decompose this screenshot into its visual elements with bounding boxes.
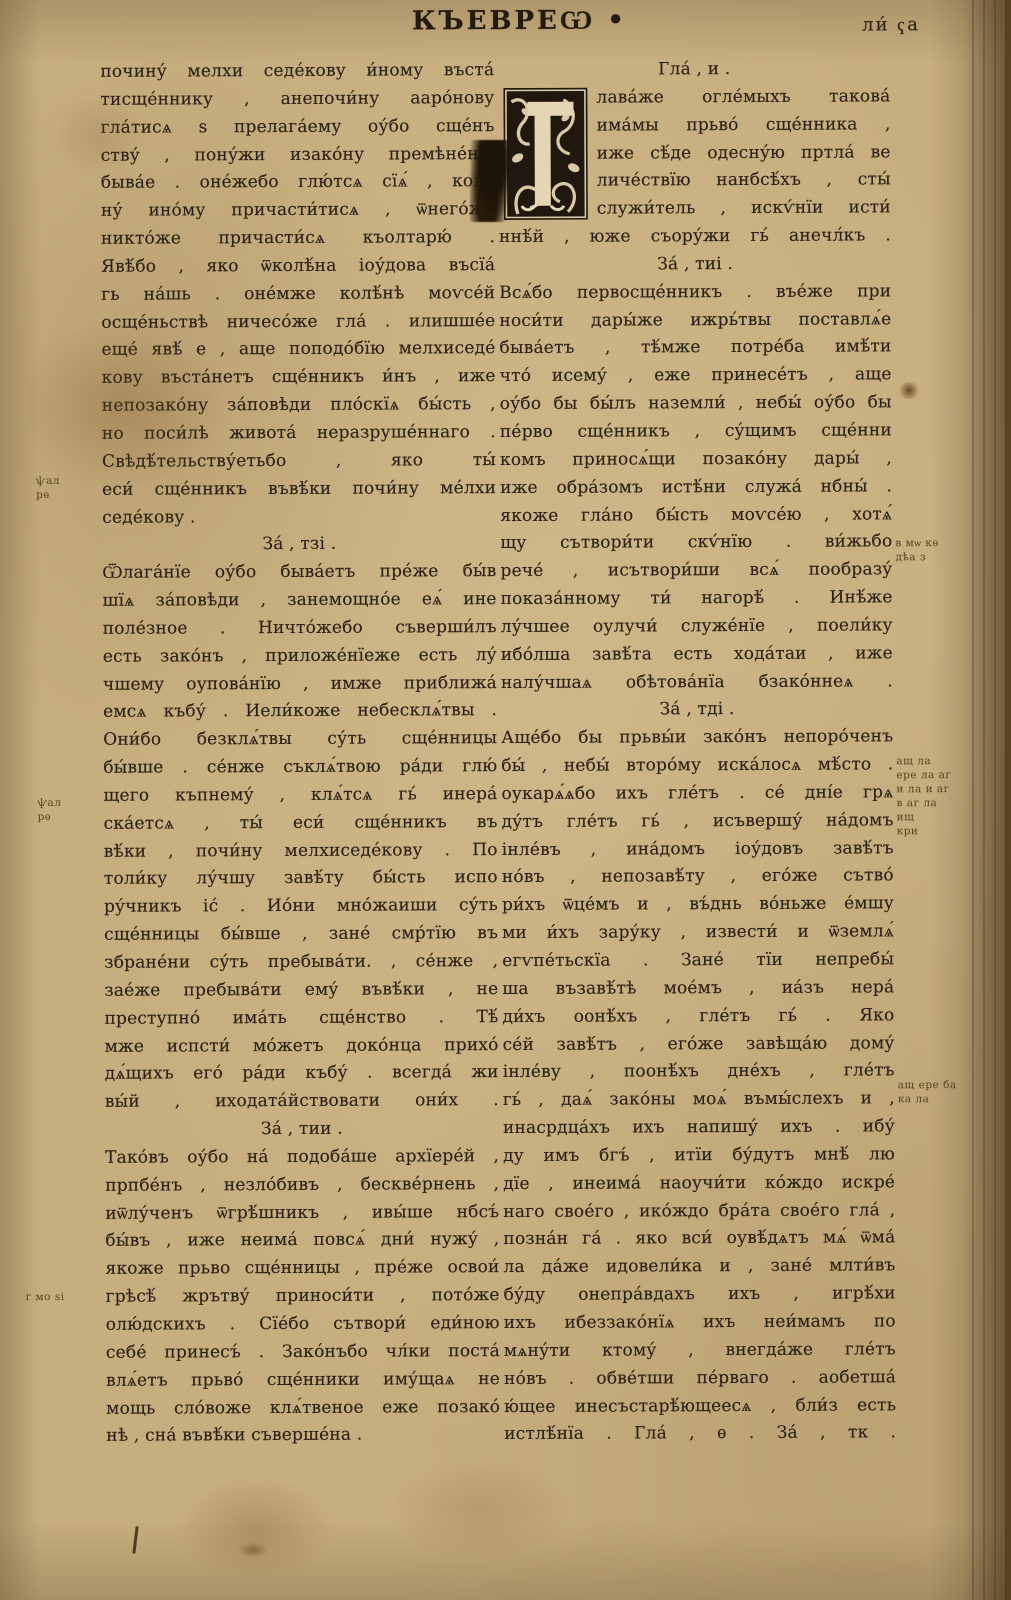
text-line: сще́нницы бы́вше , зане́ смр́тїю въ bbox=[104, 920, 498, 950]
margin-note-line: и ла и аг bbox=[896, 782, 951, 796]
text-line: Гла́ , и . bbox=[498, 55, 890, 85]
margin-note-line: в мѡ кѳ bbox=[895, 536, 938, 550]
text-line: Они́бо безклѧ́твы су́ть сще́нницы bbox=[103, 725, 497, 755]
margin-note-line: в аг ла bbox=[896, 796, 951, 810]
text-line: Явѣ́бо , яко ѿколѣ́на іоу́дова въсїа́ bbox=[101, 252, 495, 282]
text-line: иѿлу́ченъ ѿгрѣ́шникъ , ивы́ше нбсъ́ bbox=[105, 1199, 499, 1229]
text-line: гла́тисѧ ѕ прелага́ему оу́бо сще́нъ bbox=[100, 113, 494, 143]
text-line: Тако́въ оу́бо на́ подоба́ше архїере́й , bbox=[105, 1143, 499, 1173]
text-line: ству́ , пону́жи изако́ну премѣне́нїе bbox=[101, 141, 495, 171]
text-line: якоже гла́но бы́сть моѵсе́ю , хотѧ́ bbox=[500, 501, 892, 531]
text-line: поле́зное . Ничто́жебо съверши́лъ bbox=[103, 614, 497, 644]
margin-note-line: ере ла аг bbox=[896, 768, 951, 782]
text-line: ихъ ибеззако́нїѧ ихъ неи́мамъ по bbox=[504, 1308, 896, 1338]
text-line: збране́ни су́ть пребыва́ти. , се́нже , bbox=[104, 948, 498, 978]
text-line: ди́хъ оонѣ́хъ , гле́тъ гь́ . Яко bbox=[502, 1002, 894, 1032]
text-line: ду имъ бгъ́ , итїи бу́дутъ мнѣ́ лю bbox=[503, 1141, 895, 1171]
text-line: ри́хъ ѿце́мъ и , въ́днь во́ньже е́мшу bbox=[502, 891, 894, 921]
text-line: лу́чшее оулучи́ служе́нїе , поели́ку bbox=[501, 612, 893, 642]
text-line: егѵпе́тьскїа . Зане́ тїи непребы́ bbox=[502, 946, 894, 976]
text-line: інле́ву , поонѣ́хъ дне́хъ , гле́тъ bbox=[503, 1058, 895, 1088]
text-line: грѣсѣ́ жрътву́ приноси́ти , пото́же bbox=[106, 1282, 500, 1312]
text-line: якоже прьво сще́нницы , пре́же освои́ bbox=[105, 1254, 499, 1284]
text-line: мѧну́ти ктому́ , внегда́же гле́тъ bbox=[504, 1336, 896, 1366]
text-line: бу́ду онепра́вдахъ ихъ , игрѣ́хи bbox=[504, 1280, 896, 1310]
text-line: дїе , инеима́ наоучи́ти ко́ждо искре́ bbox=[503, 1169, 895, 1199]
text-line: носи́ти дары́же ижрь́твы поставлѧ́е bbox=[499, 306, 891, 336]
text-line: но́въ , непозавѣ́ту , его́же сътво́ bbox=[502, 863, 894, 893]
text-line: ну́ ино́му причасти́тисѧ , ѿнего́же bbox=[101, 196, 495, 226]
margin-note-line: ищ bbox=[897, 810, 952, 824]
running-header: КЪЕВРЕѠ • bbox=[412, 5, 627, 36]
text-line: позна́н га́ . яко вси́ оувѣ́дѧтъ мѧ́ ѿма… bbox=[503, 1225, 895, 1255]
text-line: ла да́же идовели́ка и , зане́ млти́въ bbox=[503, 1253, 895, 1283]
margin-note-line: ащ ере ба bbox=[898, 1078, 957, 1092]
text-line: щего къпнему́ , клѧ́тсѧ гь́ инера́ bbox=[103, 781, 497, 811]
text-line: преступно́ има́ть сще́нство . Тѣ́ bbox=[104, 1004, 498, 1034]
text-line: но поси́лѣ живота́ неразруше́ннаго . bbox=[102, 419, 496, 449]
margin-note-right-exodus: в мѡ кѳдѣа з bbox=[895, 536, 938, 564]
text-column-left: почину́ мелхи седе́кову и́ному въста́тис… bbox=[100, 57, 500, 1451]
text-line: За́ , тді . bbox=[501, 696, 893, 726]
folio-number: ли́ ҁа bbox=[862, 14, 920, 35]
text-line: рече́ , исътвори́ши всѧ́ пообразу́ bbox=[500, 557, 892, 587]
text-line: щу сътвори́ти скѵ́нїю . ви́жьбо bbox=[500, 529, 892, 559]
text-line: кову въста́нетъ сще́нникъ и́нъ , иже bbox=[102, 363, 496, 393]
margin-note-line: кри bbox=[897, 824, 952, 838]
text-line: есть зако́нъ , приложе́нїеже есть лу́ bbox=[103, 642, 497, 672]
margin-note-line: дѣа з bbox=[895, 550, 938, 564]
text-line: За́ , тзі . bbox=[102, 530, 496, 560]
margin-note-line: ащ ла bbox=[896, 754, 951, 768]
text-line: зае́же пребыва́ти ему́ въвѣ́ки , не bbox=[104, 976, 498, 1006]
text-line: гь на́шь . оне́мже колѣ́нѣ моѵсе́й bbox=[101, 280, 495, 310]
text-line: Свѣдѣ́тельству́етьбо , яко ты́ bbox=[102, 447, 496, 477]
text-line: истлѣ́нїа . Гла́ , ѳ . За́ , тк . bbox=[504, 1420, 896, 1450]
text-line: почину́ мелхи седе́кову и́ному въста́ bbox=[100, 57, 494, 87]
margin-note-line: г мо ѕі bbox=[26, 1290, 65, 1304]
text-line: За́ , тии . bbox=[105, 1115, 499, 1145]
text-line: быва́етъ , тѣ́мже потре́ба имѣ́ти bbox=[499, 334, 891, 364]
margin-note-left-moses: г мо ѕі bbox=[26, 1290, 65, 1304]
text-line: ю́щее инесъстарѣ́ющеесѧ , бли́з есть bbox=[504, 1392, 896, 1422]
text-line: Аще́бо бы прьвы́и зако́нъ непоро́ченъ bbox=[501, 724, 893, 754]
text-line: но́въ . обве́тши пе́рваго . аобетша́ bbox=[504, 1364, 896, 1394]
text-line: толи́ку лу́чшу завѣ́ту бы́сть испо bbox=[104, 865, 498, 895]
text-line: быва́е . оне́жебо глю́тсѧ сїѧ́ , колѣ́ bbox=[101, 168, 495, 198]
margin-note-left-psalm-2: ѱалрѳ bbox=[37, 796, 61, 824]
margin-note-line: ѱал bbox=[37, 796, 61, 810]
text-line: что́ исему́ , еже принесе́тъ , аще bbox=[500, 362, 892, 392]
margin-note-line: ѱал bbox=[36, 474, 60, 488]
text-line: се́й завѣ́тъ , его́же завѣща́ю дому́ bbox=[503, 1030, 895, 1060]
text-line: комъ приносѧ́щи позако́ну дары́ , bbox=[500, 445, 892, 475]
text-line: седе́кову . bbox=[102, 503, 496, 533]
text-line: шїѧ за́повѣди , занемощно́е еѧ́ ине bbox=[103, 586, 497, 616]
text-line: оукарѧ́ѧбо ихъ гле́тъ . се́ дні́е грѧ bbox=[501, 779, 893, 809]
text-line: інле́въ , ина́домъ іоу́довъ завѣ́тъ bbox=[502, 835, 894, 865]
text-line: еще́ явѣ́ е , аще поподо́бїю мелхиседе́ bbox=[101, 335, 495, 365]
ornate-initial-letter bbox=[503, 88, 588, 224]
margin-note-line: рѳ bbox=[36, 488, 60, 502]
margin-note-left-psalm: ѱалрѳ bbox=[36, 474, 60, 502]
text-line: инасрдца́хъ ихъ напишу́ ихъ . ибу́ bbox=[503, 1113, 895, 1143]
text-line: показа́нному ти́ нагорѣ́ . Инѣ́же bbox=[501, 584, 893, 614]
book-page-scan: КЪЕВРЕѠ • ли́ ҁа почину́ мелхи седе́кову… bbox=[0, 0, 1011, 1600]
text-line: бы́ , небы́ второ́му иска́лосѧ мѣ́сто . bbox=[501, 751, 893, 781]
text-line: олю́дскихъ . Сїе́бо сътвори́ еди́ною bbox=[106, 1310, 500, 1340]
margin-note-right-jeremiah: ащ лаере ла аги ла и агв аг лаищкри bbox=[896, 754, 951, 838]
text-line: налу́чшаѧ обѣтова́нїа бзако́ннеѧ . bbox=[501, 668, 893, 698]
text-line: тисще́ннику , анепочи́ну ааро́нову bbox=[100, 85, 494, 115]
text-line: Всѧ́бо первосще́нникъ . въе́же при bbox=[499, 278, 891, 308]
text-line: никто́же причасти́сѧ къолтарю́ . bbox=[101, 224, 495, 254]
page-content: КЪЕВРЕѠ • ли́ ҁа почину́ мелхи седе́кову… bbox=[0, 0, 1011, 1600]
text-line: мже испсти́ мо́жетъ доко́нца прихо́ bbox=[105, 1032, 499, 1062]
text-line: ру́чникъ іс́ . Ио́ни мно́жаиши су́ть bbox=[104, 892, 498, 922]
text-line: бы́вше . се́нже съклѧ́твою ра́ди глю́ bbox=[103, 753, 497, 783]
text-line: За́ , тиі . bbox=[499, 250, 891, 280]
text-line: Ѿлага́нїе оу́бо быва́етъ пре́же бы́в bbox=[102, 558, 496, 588]
text-line: влѧ́етъ прьво́ сще́нники иму́щаѧ не bbox=[106, 1366, 500, 1396]
text-line: оу́бо бы бы́лъ наземли́ , небы́ оу́бо бы bbox=[500, 389, 892, 419]
woodcut-initial-icon bbox=[503, 88, 588, 220]
text-line: ибо́лша завѣ́та есть хода́таи , иже bbox=[501, 640, 893, 670]
text-line: вы́й , иходата́йствовати они́х . bbox=[105, 1087, 499, 1117]
text-line: вѣ́ки , почи́ну мелхиседе́кову . По bbox=[104, 837, 498, 867]
text-line: наго свое́го , ико́ждо бра́та свое́го гл… bbox=[503, 1197, 895, 1227]
text-line: ска́етсѧ , ты́ еси́ сще́нникъ въ bbox=[104, 809, 498, 839]
text-line: нѣ , сна́ въвѣ́ки съверше́на . bbox=[106, 1421, 500, 1451]
text-line: емсѧ къбу́ . Иели́коже небесклѧ́твы . bbox=[103, 697, 497, 727]
text-line: гь́ , даѧ́ зако́ны моѧ́ въмы́слехъ и , bbox=[503, 1086, 895, 1116]
margin-note-right-refs: ащ ере бака ла bbox=[898, 1078, 957, 1106]
text-line: непозако́ну за́повѣди пло́скїѧ бы́сть , bbox=[102, 391, 496, 421]
text-line: ми и́хъ зару́ку , извести́ и ѿземлѧ́ bbox=[502, 918, 894, 948]
margin-note-line: рѳ bbox=[38, 810, 62, 824]
text-line: бы́въ , иже неима́ повсѧ́ дни́ нужу́ , bbox=[105, 1226, 499, 1256]
text-line: иже обра́зомъ истѣ́ни служа́ нбны́ . bbox=[500, 473, 892, 503]
text-line: пе́рво сще́нникъ , су́щимъ сще́нни bbox=[500, 417, 892, 447]
text-line: прпбе́нъ , незло́бивъ , бескве́рнень , bbox=[105, 1171, 499, 1201]
text-line: ша възавѣ́тѣ мое́мъ , иа́зъ нера́ bbox=[502, 974, 894, 1004]
margin-note-line: ка ла bbox=[898, 1092, 957, 1106]
text-line: ду́тъ гле́тъ гь́ , исъвершу́ на́домъ bbox=[502, 807, 894, 837]
text-line: мощь сло́воже клѧ́твеное еже позако́ bbox=[106, 1394, 500, 1424]
text-line: ннѣ́й , юже съору́жи гь́ анечл́къ . bbox=[499, 222, 891, 252]
text-line: чшему оупова́нїю , имже приближа́ bbox=[103, 670, 497, 700]
text-line: еси́ сще́нникъ въвѣ́ки почи́ну ме́лхи bbox=[102, 475, 496, 505]
text-line: дѧ́щихъ его́ ра́ди къбу́ . всегда́ жи bbox=[105, 1059, 499, 1089]
text-line: осще́ньствѣ ничесо́же гла́ . илишше́е bbox=[101, 308, 495, 338]
text-column-right: Гла́ , и .лава́же огле́мыхъ такова́има́м… bbox=[498, 55, 896, 1449]
text-line: себе́ принесъ́ . Зако́нъбо чл́ки поста́ bbox=[106, 1338, 500, 1368]
